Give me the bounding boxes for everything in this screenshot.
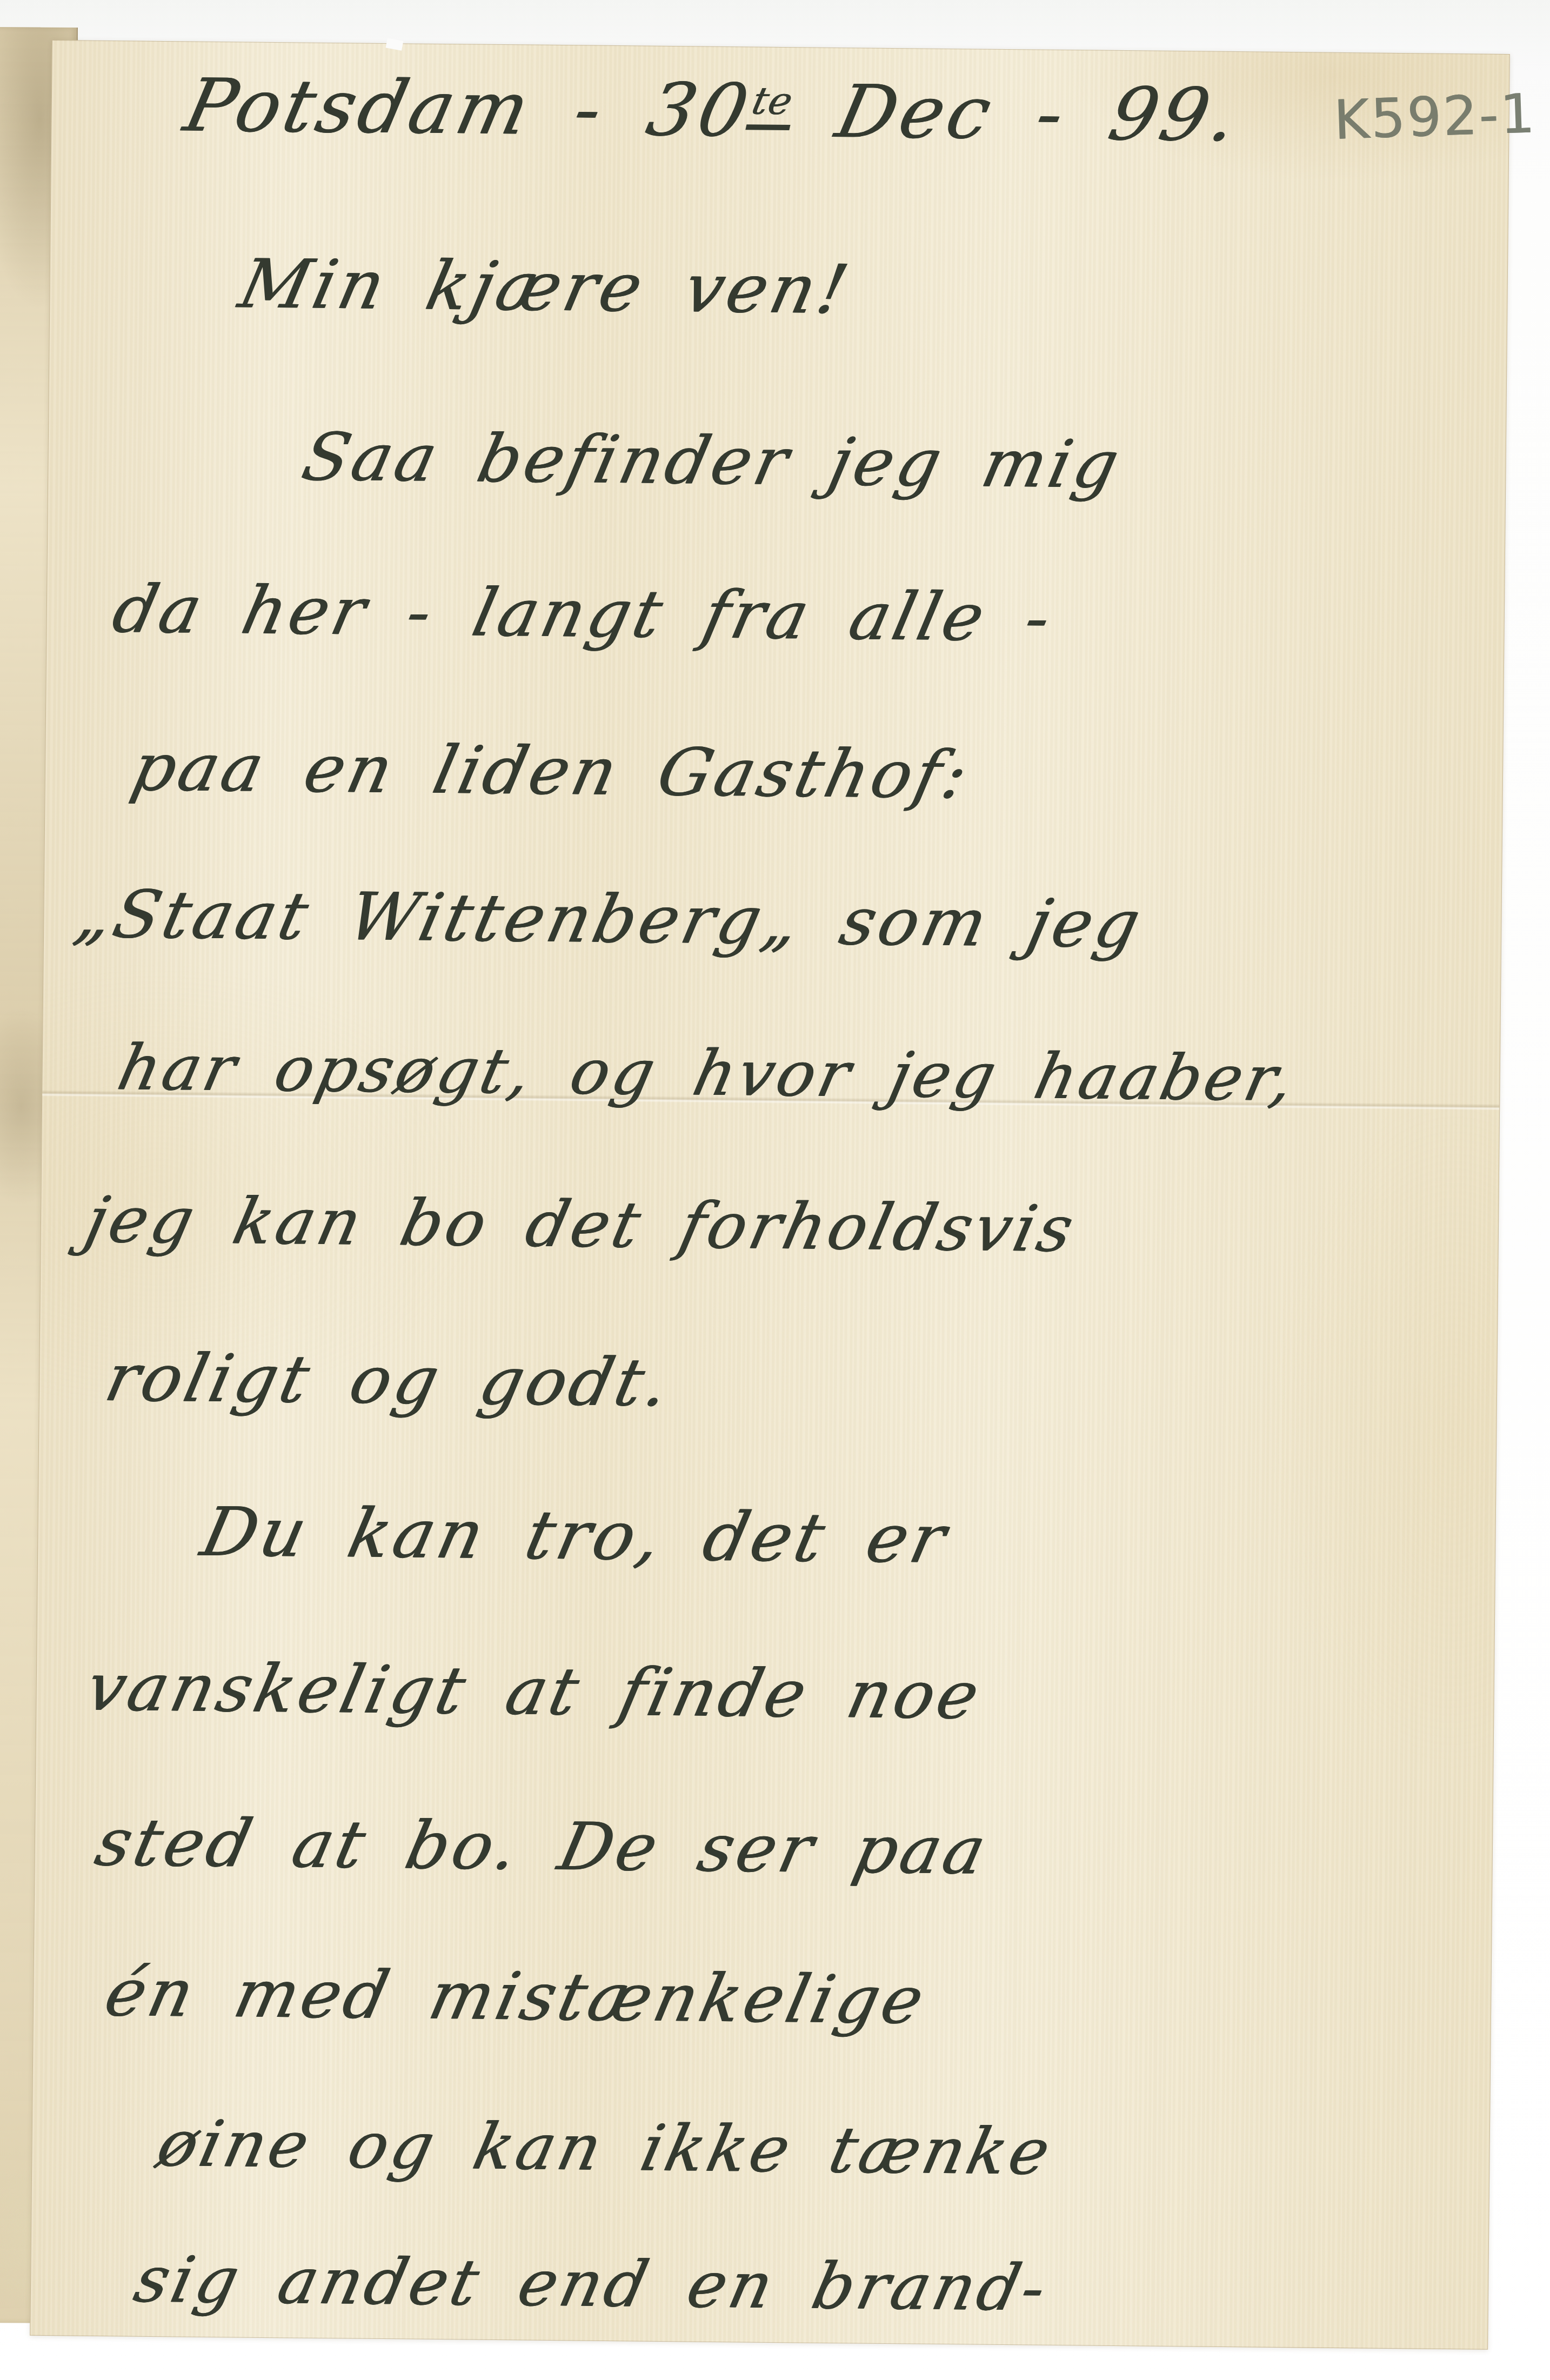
letter-line: roligt og godt. (100, 1345, 678, 1416)
date-rest: Dec - 99. (784, 69, 1248, 158)
letter-line: sted at bo. De ser paa (90, 1809, 994, 1884)
letter-line: Saa befinder jeg mig (297, 424, 1127, 498)
scanned-letter-canvas: K592-1 Potsdam - 30te Dec - 99. Min kjær… (0, 0, 1550, 2380)
letter-line: vanskeligt at finde noe (81, 1654, 988, 1729)
letter-line: da her - langt fra alle - (107, 576, 1059, 651)
letter-line: jeg kan bo det forholdsvis (79, 1188, 1081, 1261)
letter-line: sig andet end en brand- (129, 2248, 1055, 2320)
letter-line: øine og kan ikke tænke (152, 2111, 1059, 2184)
paper-tear-notch (386, 38, 404, 50)
archival-mark: K592-1 (1333, 82, 1537, 152)
letter-line: Du kan tro, det er (196, 1499, 955, 1573)
letter-line: har opsøgt, og hvor jeg haaber, (112, 1037, 1302, 1111)
salutation-line: Min kjære ven! (233, 251, 857, 324)
letter-page: K592-1 Potsdam - 30te Dec - 99. Min kjær… (30, 40, 1510, 2350)
date-line: Potsdam - 30te Dec - 99. (178, 69, 1247, 152)
date-place-and-day: Potsdam - 30 (177, 63, 759, 153)
letter-line: paa en liden Gasthof: (126, 734, 977, 808)
letter-line: én med mistænkelige (99, 1960, 932, 2033)
letter-line: „Staat Wittenberg„ som jeg (70, 881, 1149, 958)
